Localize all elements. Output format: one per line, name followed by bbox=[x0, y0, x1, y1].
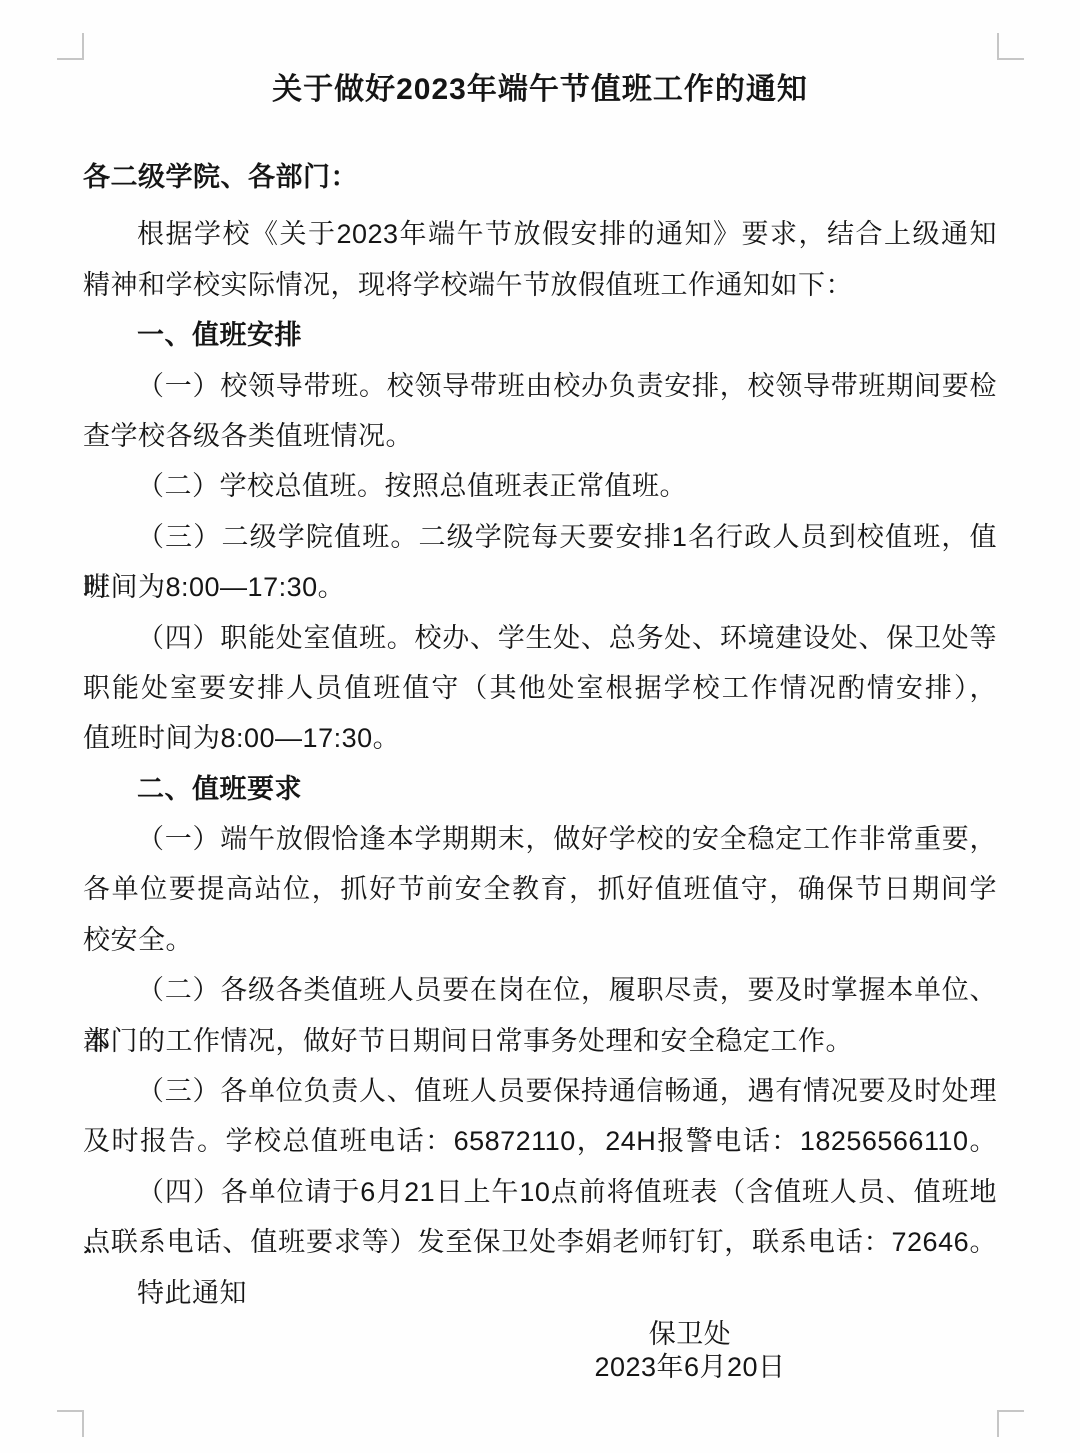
text-line: 值班时间为8:00—17:30。 bbox=[83, 713, 997, 763]
item-school-general-duty: （二）学校总值班。按照总值班表正常值班。 bbox=[83, 461, 997, 511]
section-duty-arrangement: 一、值班安排 （一）校领导带班。校领导带班由校办负责安排，校领导带班期间要检 查… bbox=[83, 310, 997, 764]
text-line: 时间为8:00—17:30。 bbox=[83, 562, 997, 612]
text-line: （三）各单位负责人、值班人员要保持通信畅通，遇有情况要及时处理 bbox=[83, 1066, 997, 1116]
item-communication-phones: （三）各单位负责人、值班人员要保持通信畅通，遇有情况要及时处理 及时报告。学校总… bbox=[83, 1066, 997, 1167]
closing-phrase: 特此通知 bbox=[83, 1268, 997, 1318]
section-heading: 一、值班安排 bbox=[83, 310, 997, 360]
signature-block: 保卫处 2023年6月20日 bbox=[383, 1318, 997, 1384]
item-college-duty: （三）二级学院值班。二级学院每天要安排1名行政人员到校值班，值班 时间为8:00… bbox=[83, 512, 997, 613]
text-line: 及时报告。学校总值班电话：65872110，24H报警电话：1825656611… bbox=[83, 1116, 997, 1166]
text-line: （四）职能处室值班。校办、学生处、总务处、环境建设处、保卫处等 bbox=[83, 613, 997, 663]
text-line: （一）端午放假恰逢本学期期末，做好学校的安全稳定工作非常重要， bbox=[83, 814, 997, 864]
text-line: （二）各级各类值班人员要在岗在位，履职尽责，要及时掌握本单位、本 bbox=[83, 965, 997, 1015]
text-line: （一）校领导带班。校领导带班由校办负责安排，校领导带班期间要检 bbox=[83, 361, 997, 411]
signature-date: 2023年6月20日 bbox=[383, 1351, 997, 1384]
text-line: 职能处室要安排人员值班值守（其他处室根据学校工作情况酌情安排）， bbox=[83, 663, 997, 713]
item-functional-office-duty: （四）职能处室值班。校办、学生处、总务处、环境建设处、保卫处等 职能处室要安排人… bbox=[83, 613, 997, 764]
crop-mark-bottom-left bbox=[57, 1410, 84, 1437]
item-school-leader-duty: （一）校领导带班。校领导带班由校办负责安排，校领导带班期间要检 查学校各级各类值… bbox=[83, 361, 997, 462]
text-line: 各单位要提高站位，抓好节前安全教育，抓好值班值守，确保节日期间学 bbox=[83, 864, 997, 914]
crop-mark-top-left bbox=[57, 33, 84, 60]
text-line: （三）二级学院值班。二级学院每天要安排1名行政人员到校值班，值班 bbox=[83, 512, 997, 562]
document-title: 关于做好2023年端午节值班工作的通知 bbox=[0, 64, 1080, 108]
text-line: （四）各单位请于6月21日上午10点前将值班表（含值班人员、值班地点 bbox=[83, 1167, 997, 1217]
item-safety-importance: （一）端午放假恰逢本学期期末，做好学校的安全稳定工作非常重要， 各单位要提高站位… bbox=[83, 814, 997, 965]
crop-mark-top-right bbox=[997, 33, 1024, 60]
item-duty-roster-submission: （四）各单位请于6月21日上午10点前将值班表（含值班人员、值班地点 、联系电话… bbox=[83, 1167, 997, 1268]
notice-document-page: 关于做好2023年端午节值班工作的通知 各二级学院、各部门： 根据学校《关于20… bbox=[0, 0, 1080, 1453]
text-line: （二）学校总值班。按照总值班表正常值班。 bbox=[83, 461, 997, 511]
text-line: 校安全。 bbox=[83, 915, 997, 965]
signature-org: 保卫处 bbox=[383, 1318, 997, 1351]
text-line: 查学校各级各类值班情况。 bbox=[83, 411, 997, 461]
intro-paragraph: 根据学校《关于2023年端午节放假安排的通知》要求，结合上级通知 精神和学校实际… bbox=[83, 209, 997, 310]
section-duty-requirements: 二、值班要求 （一）端午放假恰逢本学期期末，做好学校的安全稳定工作非常重要， 各… bbox=[83, 764, 997, 1268]
text-line: 部门的工作情况，做好节日期间日常事务处理和安全稳定工作。 bbox=[83, 1016, 997, 1066]
text-line: 精神和学校实际情况，现将学校端午节放假值班工作通知如下： bbox=[83, 260, 997, 310]
text-line: 、联系电话、值班要求等）发至保卫处李娟老师钉钉，联系电话：72646。 bbox=[83, 1217, 997, 1267]
salutation: 各二级学院、各部门： bbox=[83, 152, 997, 202]
section-heading: 二、值班要求 bbox=[83, 764, 997, 814]
document-body: 各二级学院、各部门： 根据学校《关于2023年端午节放假安排的通知》要求，结合上… bbox=[83, 152, 997, 1384]
text-line: 根据学校《关于2023年端午节放假安排的通知》要求，结合上级通知 bbox=[83, 209, 997, 259]
crop-mark-bottom-right bbox=[997, 1410, 1024, 1437]
item-on-post-responsibility: （二）各级各类值班人员要在岗在位，履职尽责，要及时掌握本单位、本 部门的工作情况… bbox=[83, 965, 997, 1066]
